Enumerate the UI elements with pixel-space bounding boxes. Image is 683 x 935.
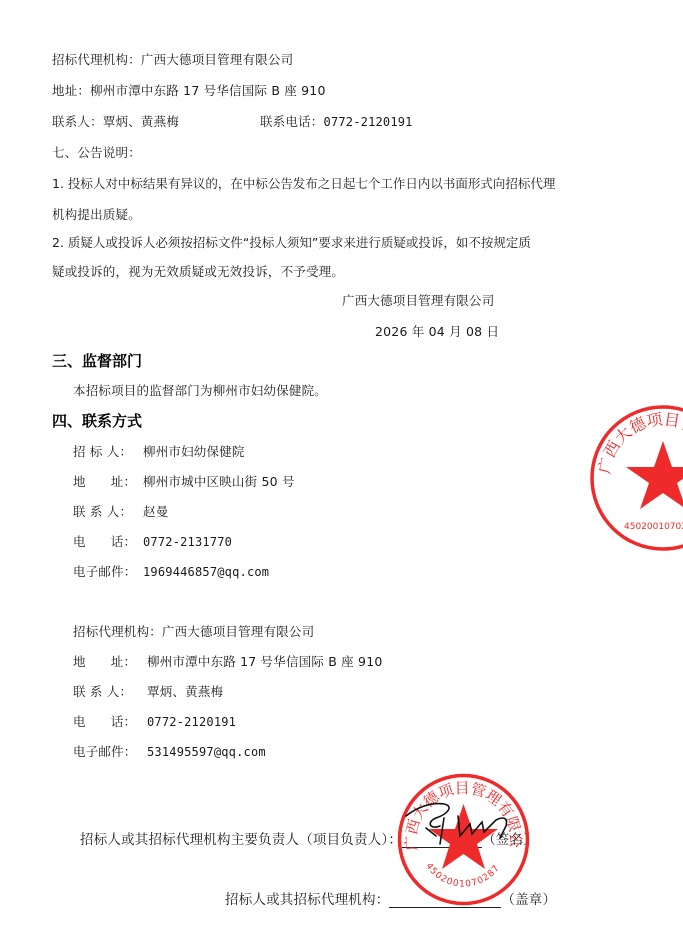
- tenderer-name-label: 招 标 人：: [73, 444, 143, 460]
- tenderer-phone-label: 电 话：: [73, 534, 143, 550]
- agency-email-label: 电子邮件：: [73, 744, 147, 760]
- tenderer-name-value: 柳州市妇幼保健院: [143, 444, 245, 459]
- contact-line: 联系人：覃炳、黄燕梅: [52, 114, 179, 130]
- notice-item-2-line-1: 2. 质疑人或投诉人必须按招标文件“投标人须知”要求来进行质疑或投诉，如不按规定…: [52, 235, 531, 251]
- seal-blank[interactable]: [389, 893, 501, 908]
- agency-contact-label: 联 系 人：: [73, 684, 147, 700]
- agency-name-label: 招标代理机构：: [73, 624, 162, 639]
- seal-code: 4502001070287: [423, 861, 502, 889]
- section-3-body: 本招标项目的监督部门为柳州市妇幼保健院。: [73, 383, 327, 399]
- agency-line: 招标代理机构：广西大德项目管理有限公司: [52, 52, 293, 68]
- tenderer-email-value[interactable]: 1969446857@qq.com: [143, 565, 269, 579]
- agency-contact-value: 覃炳、黄燕梅: [147, 684, 223, 699]
- notice-item-1-line-2: 机构提出质疑。: [52, 207, 141, 223]
- responsible-signature-line: 招标人或其招标代理机构主要负责人（项目负责人）：（签名）: [80, 832, 537, 848]
- tenderer-address-value: 柳州市城中区映山街 50 号: [143, 474, 295, 489]
- tenderer-address-label: 地 址：: [73, 474, 143, 490]
- agency-address-line: 地 址：柳州市潭中东路 17 号华信国际 B 座 910: [73, 654, 383, 670]
- agency-seal-label: 招标人或其招标代理机构：: [225, 892, 389, 908]
- tenderer-name-line: 招 标 人：柳州市妇幼保健院: [73, 444, 245, 460]
- agency-contact-line: 联 系 人：覃炳、黄燕梅: [73, 684, 223, 700]
- tenderer-phone-value: 0772-2131770: [143, 535, 232, 549]
- agency-phone-label: 电 话：: [73, 714, 147, 730]
- agency-label: 招标代理机构：: [52, 52, 141, 67]
- section-3-heading: 三、监督部门: [52, 352, 142, 370]
- signature-blank[interactable]: [402, 833, 482, 848]
- tenderer-contact-value: 赵曼: [143, 504, 168, 519]
- agency-phone-line: 电 话：0772-2120191: [73, 714, 236, 730]
- seal-text: 广西大德项目管理有限公司: [588, 403, 683, 476]
- notice-item-2-line-2: 疑或投诉的，视为无效质疑或无效投诉，不予受理。: [52, 264, 344, 280]
- contact-value: 覃炳、黄燕梅: [103, 114, 179, 129]
- address-line: 地址：柳州市潭中东路 17 号华信国际 B 座 910: [52, 83, 326, 99]
- tenderer-address-line: 地 址：柳州市城中区映山街 50 号: [73, 474, 295, 490]
- responsible-suffix: （签名）: [482, 832, 537, 848]
- seal-star-icon: [626, 441, 683, 509]
- responsible-label: 招标人或其招标代理机构主要负责人（项目负责人）：: [80, 832, 402, 848]
- agency-name-line: 招标代理机构：广西大德项目管理有限公司: [73, 624, 314, 640]
- tenderer-email-line: 电子邮件：1969446857@qq.com: [73, 564, 269, 580]
- agency-email-value[interactable]: 531495597@qq.com: [147, 745, 266, 759]
- agency-value: 广西大德项目管理有限公司: [141, 52, 293, 67]
- phone-value: 0772-2120191: [324, 115, 413, 129]
- contact-label: 联系人：: [52, 114, 103, 129]
- agency-seal-suffix: （盖章）: [501, 892, 556, 908]
- notice-date: 2026 年 04 月 08 日: [375, 324, 499, 340]
- phone-line: 联系电话：0772-2120191: [260, 114, 413, 130]
- phone-label: 联系电话：: [260, 114, 324, 129]
- notice-signer: 广西大德项目管理有限公司: [342, 293, 494, 309]
- agency-address-value: 柳州市潭中东路 17 号华信国际 B 座 910: [147, 654, 383, 669]
- seal-code: 4502001070287: [624, 522, 683, 532]
- company-seal-partial: 广西大德项目管理有限公司 4502001070287: [588, 403, 683, 553]
- notice-item-1-line-1: 1. 投标人对中标结果有异议的，在中标公告发布之日起七个工作日内以书面形式向招标…: [52, 176, 555, 192]
- agency-name-value: 广西大德项目管理有限公司: [162, 624, 314, 639]
- tenderer-phone-line: 电 话：0772-2131770: [73, 534, 232, 550]
- agency-address-label: 地 址：: [73, 654, 147, 670]
- tenderer-contact-label: 联 系 人：: [73, 504, 143, 520]
- agency-phone-value: 0772-2120191: [147, 715, 236, 729]
- address-label: 地址：: [52, 83, 90, 98]
- tenderer-email-label: 电子邮件：: [73, 564, 143, 580]
- notice-title: 七、公告说明：: [52, 145, 141, 161]
- address-value: 柳州市潭中东路 17 号华信国际 B 座 910: [90, 83, 326, 98]
- tenderer-contact-line: 联 系 人：赵曼: [73, 504, 168, 520]
- section-4-heading: 四、联系方式: [52, 412, 142, 430]
- agency-seal-line: 招标人或其招标代理机构：（盖章）: [225, 892, 556, 908]
- agency-email-line: 电子邮件：531495597@qq.com: [73, 744, 266, 760]
